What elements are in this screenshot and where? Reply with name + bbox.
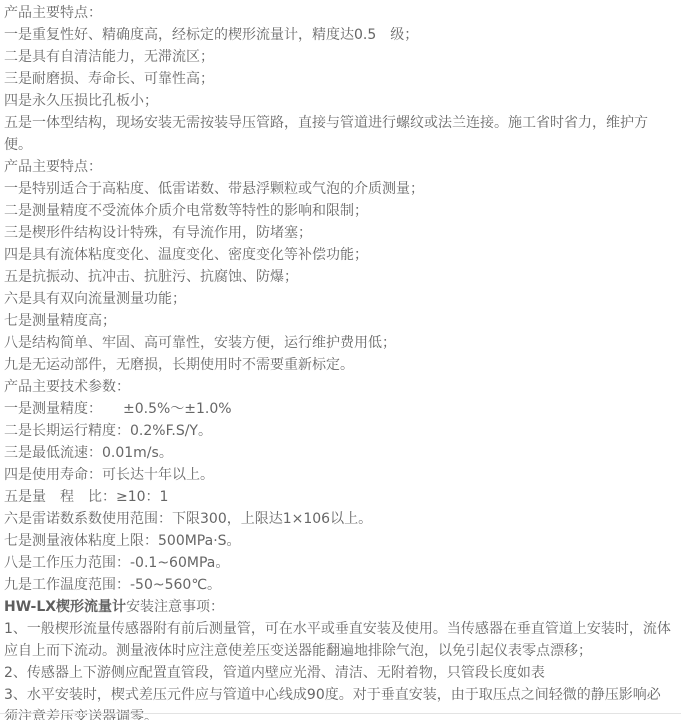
feature-item: 四是具有流体粘度变化、温度变化、密度变化等补偿功能； xyxy=(4,244,673,266)
parameter-item: 四是使用寿命：可长达十年以上。 xyxy=(4,464,673,486)
product-model-name: HW-LX楔形流量计 xyxy=(4,599,126,615)
feature-item: 二是具有自清洁能力，无滞流区； xyxy=(4,46,673,68)
install-note: 2、传感器上下游侧应配置直管段，管道内壁应光滑、清洁、无附着物，只管段长度如表 xyxy=(4,662,673,684)
feature-item: 二是测量精度不受流体介质介电常数等特性的影响和限制； xyxy=(4,200,673,222)
feature-item: 九是无运动部件，无磨损，长期使用时不需要重新标定。 xyxy=(4,354,673,376)
parameter-item: 八是工作压力范围：-0.1~60MPa。 xyxy=(4,552,673,574)
install-note: 1、一般楔形流量传感器附有前后测量管，可在水平或垂直安装及使用。当传感器在垂直管… xyxy=(4,618,673,662)
section-heading-installation: HW-LX楔形流量计安装注意事项： xyxy=(4,596,673,618)
parameter-item: 六是雷诺数系数使用范围：下限300，上限达1×106以上。 xyxy=(4,508,673,530)
feature-item: 一是重复性好、精确度高，经标定的楔形流量计，精度达0.5 级； xyxy=(4,24,673,46)
feature-item: 八是结构简单、牢固、高可靠性，安装方便，运行维护费用低； xyxy=(4,332,673,354)
parameter-item: 九是工作温度范围：-50~560℃。 xyxy=(4,574,673,596)
feature-item: 三是耐磨损、寿命长、可靠性高； xyxy=(4,68,673,90)
parameter-item: 七是测量液体粘度上限：500MPa·S。 xyxy=(4,530,673,552)
parameter-item: 五是量 程 比：≥10：1 xyxy=(4,486,673,508)
document-content: 产品主要特点： 一是重复性好、精确度高，经标定的楔形流量计，精度达0.5 级； … xyxy=(0,0,681,720)
feature-item: 四是永久压损比孔板小； xyxy=(4,90,673,112)
parameter-item: 二是长期运行精度：0.2%F.S/Y。 xyxy=(4,420,673,442)
section-divider xyxy=(0,713,681,714)
feature-item: 五是一体型结构，现场安装无需按装导压管路，直接与管道进行螺纹或法兰连接。施工省时… xyxy=(4,112,673,156)
section-heading-features-1: 产品主要特点： xyxy=(4,2,673,24)
feature-item: 七是测量精度高； xyxy=(4,310,673,332)
parameter-item: 一是测量精度： ±0.5%～±1.0% xyxy=(4,398,673,420)
feature-item: 三是楔形件结构设计特殊，有导流作用，防堵塞； xyxy=(4,222,673,244)
feature-item: 六是具有双向流量测量功能； xyxy=(4,288,673,310)
section-heading-parameters: 产品主要技术参数： xyxy=(4,376,673,398)
feature-item: 五是抗振动、抗冲击、抗脏污、抗腐蚀、防爆； xyxy=(4,266,673,288)
feature-item: 一是特别适合于高粘度、低雷诺数、带悬浮颗粒或气泡的介质测量； xyxy=(4,178,673,200)
document-page: 产品主要特点： 一是重复性好、精确度高，经标定的楔形流量计，精度达0.5 级； … xyxy=(0,0,681,720)
install-note: 3、水平安装时，楔式差压元件应与管道中心线成90度。对于垂直安装，由于取压点之间… xyxy=(4,684,673,720)
section-heading-features-2: 产品主要特点： xyxy=(4,156,673,178)
parameter-item: 三是最低流速：0.01m/s。 xyxy=(4,442,673,464)
installation-heading-rest: 安装注意事项： xyxy=(126,599,224,615)
